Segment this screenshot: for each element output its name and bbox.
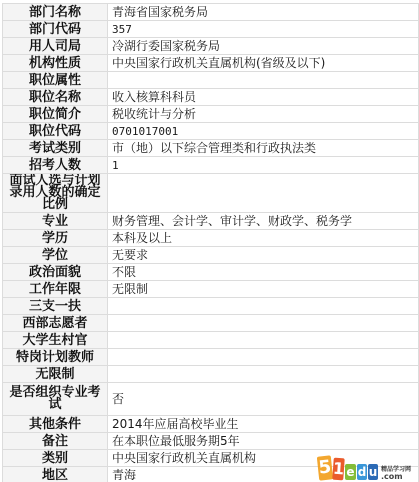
row-label-hiring-bureau: 用人司局	[3, 38, 108, 55]
table-row: 机构性质 中央国家行政机关直属机构(省级及以下)	[3, 55, 419, 72]
table-row: 无限制	[3, 366, 419, 383]
logo-char-e: e	[345, 464, 356, 480]
logo-domain-suffix: .com	[381, 473, 411, 480]
row-value-org-nature: 中央国家行政机关直属机构(省级及以下)	[108, 55, 419, 72]
row-label-position-name: 职位名称	[3, 89, 108, 106]
row-label-position-code: 职位代码	[3, 123, 108, 140]
row-label-western-volunteer: 西部志愿者	[3, 315, 108, 332]
row-value-position-name: 收入核算科科员	[108, 89, 419, 106]
row-label-position-summary: 职位简介	[3, 106, 108, 123]
table-row: 部门代码 357	[3, 21, 419, 38]
row-label-category: 类别	[3, 450, 108, 467]
row-label-unrestricted: 无限制	[3, 366, 108, 383]
table-row: 特岗计划教师	[3, 349, 419, 366]
row-label-special-post-teacher: 特岗计划教师	[3, 349, 108, 366]
table-row: 职位代码 0701017001	[3, 123, 419, 140]
row-label-education: 学历	[3, 230, 108, 247]
row-label-department-name: 部门名称	[3, 4, 108, 21]
row-label-professional-exam: 是否组织专业考试	[3, 383, 108, 416]
row-label-position-attribute: 职位属性	[3, 72, 108, 89]
logo-char-d: d	[357, 464, 367, 480]
logo-char-u: u	[368, 464, 378, 480]
row-label-political-status: 政治面貌	[3, 264, 108, 281]
row-label-degree: 学位	[3, 247, 108, 264]
row-value-education: 本科及以上	[108, 230, 419, 247]
table-row: 职位名称 收入核算科科员	[3, 89, 419, 106]
table-row: 职位简介 税收统计与分析	[3, 106, 419, 123]
row-value-degree: 无要求	[108, 247, 419, 264]
table-row: 用人司局 冷湖行委国家税务局	[3, 38, 419, 55]
row-value-other-conditions: 2014年应届高校毕业生	[108, 416, 419, 433]
site-watermark-logo: 5 1 e d u 精品学习网 .com	[318, 448, 418, 480]
table-row: 西部志愿者	[3, 315, 419, 332]
row-value-special-post-teacher	[108, 349, 419, 366]
table-row: 面试人选与计划录用人数的确定比例	[3, 174, 419, 213]
row-label-department-code: 部门代码	[3, 21, 108, 38]
row-value-remarks: 在本职位最低服务期5年	[108, 433, 419, 450]
table-row: 专业 财务管理、会计学、审计学、财政学、税务学	[3, 213, 419, 230]
row-label-remarks: 备注	[3, 433, 108, 450]
table-row: 其他条件 2014年应届高校毕业生	[3, 416, 419, 433]
table-row: 学位 无要求	[3, 247, 419, 264]
row-value-work-years: 无限制	[108, 281, 419, 298]
row-label-other-conditions: 其他条件	[3, 416, 108, 433]
table-row: 是否组织专业考试 否	[3, 383, 419, 416]
row-value-professional-exam: 否	[108, 383, 419, 416]
table-row: 大学生村官	[3, 332, 419, 349]
row-value-position-summary: 税收统计与分析	[108, 106, 419, 123]
row-label-exam-category: 考试类别	[3, 140, 108, 157]
table-row: 三支一扶	[3, 298, 419, 315]
row-label-work-years: 工作年限	[3, 281, 108, 298]
table-row: 招考人数 1	[3, 157, 419, 174]
row-value-department-name: 青海省国家税务局	[108, 4, 419, 21]
row-value-recruit-count: 1	[108, 157, 419, 174]
job-info-container: 部门名称 青海省国家税务局 部门代码 357 用人司局 冷湖行委国家税务局 机构…	[2, 3, 419, 482]
row-value-unrestricted	[108, 366, 419, 383]
row-label-region: 地区	[3, 467, 108, 482]
table-row: 备注 在本职位最低服务期5年	[3, 433, 419, 450]
row-value-exam-category: 市（地）以下综合管理类和行政执法类	[108, 140, 419, 157]
row-value-major: 财务管理、会计学、审计学、财政学、税务学	[108, 213, 419, 230]
row-value-western-volunteer	[108, 315, 419, 332]
table-row: 职位属性	[3, 72, 419, 89]
row-value-three-supports	[108, 298, 419, 315]
row-value-interview-ratio	[108, 174, 419, 213]
logo-char-5: 5	[317, 455, 333, 480]
row-value-department-code: 357	[108, 21, 419, 38]
row-value-village-official	[108, 332, 419, 349]
row-value-position-attribute	[108, 72, 419, 89]
logo-char-1: 1	[332, 458, 345, 481]
job-info-table: 部门名称 青海省国家税务局 部门代码 357 用人司局 冷湖行委国家税务局 机构…	[2, 3, 419, 482]
row-value-position-code: 0701017001	[108, 123, 419, 140]
table-row: 学历 本科及以上	[3, 230, 419, 247]
table-row: 政治面貌 不限	[3, 264, 419, 281]
row-label-interview-ratio: 面试人选与计划录用人数的确定比例	[3, 174, 108, 213]
logo-text: 精品学习网 .com	[381, 466, 411, 480]
row-label-village-official: 大学生村官	[3, 332, 108, 349]
row-label-recruit-count: 招考人数	[3, 157, 108, 174]
row-value-political-status: 不限	[108, 264, 419, 281]
row-label-three-supports: 三支一扶	[3, 298, 108, 315]
table-row: 工作年限 无限制	[3, 281, 419, 298]
table-row: 部门名称 青海省国家税务局	[3, 4, 419, 21]
row-label-major: 专业	[3, 213, 108, 230]
row-value-hiring-bureau: 冷湖行委国家税务局	[108, 38, 419, 55]
row-label-org-nature: 机构性质	[3, 55, 108, 72]
table-row: 考试类别 市（地）以下综合管理类和行政执法类	[3, 140, 419, 157]
